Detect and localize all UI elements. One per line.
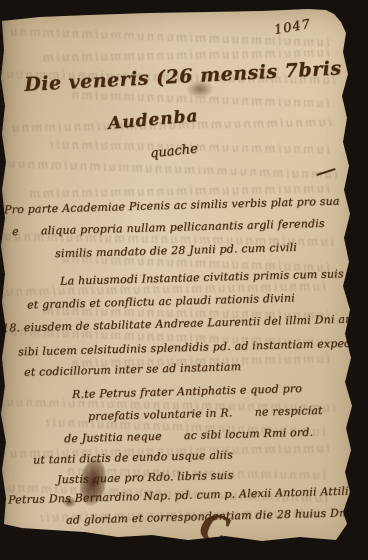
ink-blot	[62, 496, 77, 508]
ink-stain	[186, 80, 214, 98]
photograph-background: iumnuimmnuummimunnummuimnuimmnuummimunnu…	[0, 0, 368, 560]
manuscript-line: et codicillorum inter se ad instantiam	[24, 360, 242, 379]
manuscript-paper: iumnuimmnuummimunnummuimnuimmnuummimunnu…	[0, 0, 368, 560]
bleed-through-line: iumnuimmnuummimunnummuimnuimmnuummimunnu…	[8, 156, 338, 182]
